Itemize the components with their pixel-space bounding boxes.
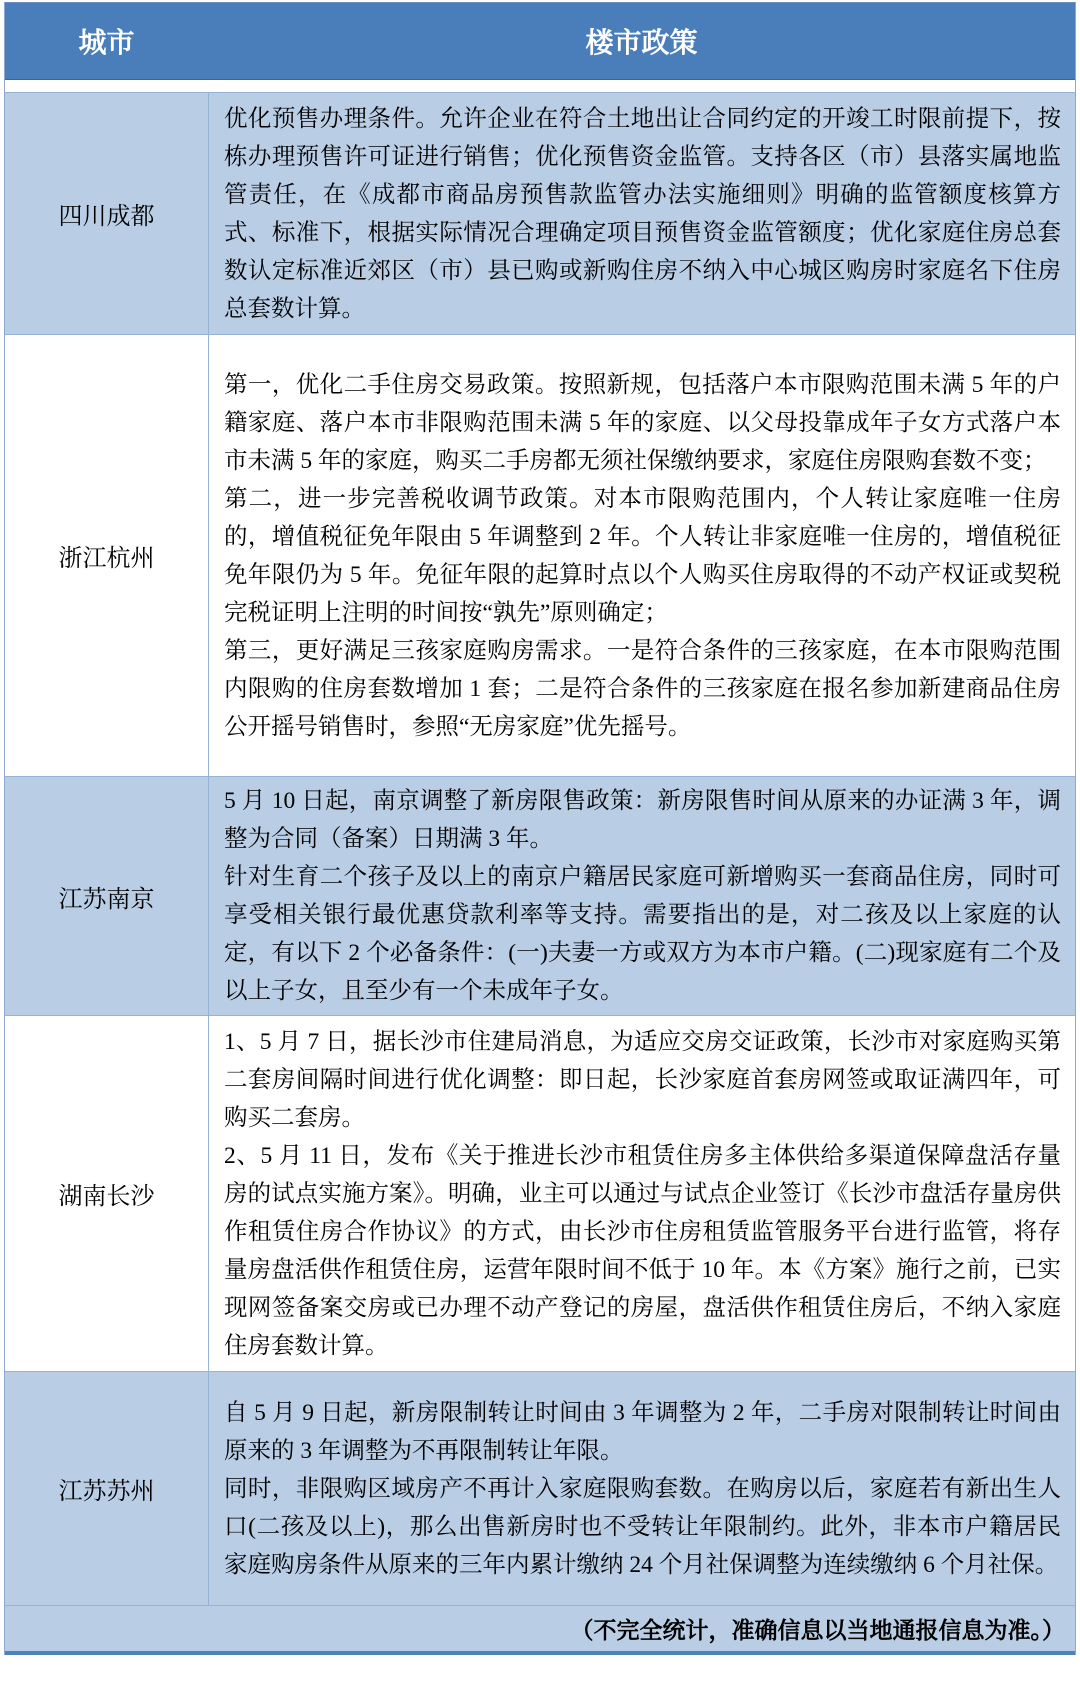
table-footer-row: （不完全统计，准确信息以当地通报信息为准。） bbox=[5, 1606, 1075, 1655]
policy-paragraph: 5 月 10 日起，南京调整了新房限售政策：新房限售时间从原来的办证满 3 年，… bbox=[224, 782, 1061, 858]
header-cell-policy: 楼市政策 bbox=[208, 3, 1075, 79]
city-cell: 江苏南京 bbox=[5, 777, 209, 1015]
policy-cell: 优化预售办理条件。允许企业在符合土地出让合同约定的开竣工时限前提下，按栋办理预售… bbox=[209, 93, 1075, 334]
city-name: 浙江杭州 bbox=[59, 538, 155, 573]
table-row-chengdu: 四川成都 优化预售办理条件。允许企业在符合土地出让合同约定的开竣工时限前提下，按… bbox=[5, 93, 1075, 335]
table-row-nanjing: 江苏南京 5 月 10 日起，南京调整了新房限售政策：新房限售时间从原来的办证满… bbox=[5, 777, 1075, 1016]
header-city-label: 城市 bbox=[78, 21, 134, 61]
disclaimer-note: （不完全统计，准确信息以当地通报信息为准。） bbox=[5, 1606, 1075, 1651]
policy-paragraph: 优化预售办理条件。允许企业在符合土地出让合同约定的开竣工时限前提下，按栋办理预售… bbox=[224, 100, 1061, 328]
table-row-changsha: 湖南长沙 1、5 月 7 日，据长沙市住建局消息，为适应交房交证政策，长沙市对家… bbox=[5, 1016, 1075, 1372]
policy-paragraph: 第一，优化二手住房交易政策。按照新规，包括落户本市限购范围未满 5 年的户籍家庭… bbox=[224, 366, 1061, 480]
policy-paragraph: 第三，更好满足三孩家庭购房需求。一是符合条件的三孩家庭，在本市限购范围内限购的住… bbox=[224, 632, 1061, 746]
housing-policy-table: 城市 楼市政策 四川成都 优化预售办理条件。允许企业在符合土地出让合同约定的开竣… bbox=[4, 2, 1076, 1655]
policy-paragraph: 自 5 月 9 日起，新房限制转让时间由 3 年调整为 2 年，二手房对限制转让… bbox=[224, 1394, 1061, 1470]
policy-table-page: 城市 楼市政策 四川成都 优化预售办理条件。允许企业在符合土地出让合同约定的开竣… bbox=[0, 0, 1080, 1682]
policy-cell: 第一，优化二手住房交易政策。按照新规，包括落户本市限购范围未满 5 年的户籍家庭… bbox=[209, 335, 1075, 776]
policy-cell: 5 月 10 日起，南京调整了新房限售政策：新房限售时间从原来的办证满 3 年，… bbox=[209, 777, 1075, 1015]
city-name: 湖南长沙 bbox=[59, 1176, 155, 1211]
table-row-suzhou: 江苏苏州 自 5 月 9 日起，新房限制转让时间由 3 年调整为 2 年，二手房… bbox=[5, 1372, 1075, 1606]
city-cell: 四川成都 bbox=[5, 93, 209, 334]
city-cell: 江苏苏州 bbox=[5, 1372, 209, 1605]
policy-paragraph: 2、5 月 11 日，发布《关于推进长沙市租赁住房多主体供给多渠道保障盘活存量房… bbox=[224, 1137, 1061, 1365]
table-row-hangzhou: 浙江杭州 第一，优化二手住房交易政策。按照新规，包括落户本市限购范围未满 5 年… bbox=[5, 335, 1075, 777]
city-name: 江苏苏州 bbox=[59, 1471, 155, 1506]
policy-cell: 自 5 月 9 日起，新房限制转让时间由 3 年调整为 2 年，二手房对限制转让… bbox=[209, 1372, 1075, 1605]
policy-paragraph: 第二，进一步完善税收调节政策。对本市限购范围内，个人转让家庭唯一住房的，增值税征… bbox=[224, 480, 1061, 632]
header-cell-city: 城市 bbox=[5, 3, 208, 79]
city-name: 四川成都 bbox=[59, 196, 155, 231]
city-name: 江苏南京 bbox=[59, 879, 155, 914]
header-spacer-row bbox=[5, 80, 1075, 93]
city-cell: 浙江杭州 bbox=[5, 335, 209, 776]
table-header-row: 城市 楼市政策 bbox=[5, 3, 1075, 80]
header-policy-label: 楼市政策 bbox=[585, 21, 697, 61]
policy-paragraph: 1、5 月 7 日，据长沙市住建局消息，为适应交房交证政策，长沙市对家庭购买第二… bbox=[224, 1023, 1061, 1137]
policy-paragraph: 同时，非限购区域房产不再计入家庭限购套数。在购房以后，家庭若有新出生人口(二孩及… bbox=[224, 1470, 1061, 1584]
policy-cell: 1、5 月 7 日，据长沙市住建局消息，为适应交房交证政策，长沙市对家庭购买第二… bbox=[209, 1016, 1075, 1371]
city-cell: 湖南长沙 bbox=[5, 1016, 209, 1371]
policy-paragraph: 针对生育二个孩子及以上的南京户籍居民家庭可新增购买一套商品住房，同时可享受相关银… bbox=[224, 858, 1061, 1010]
